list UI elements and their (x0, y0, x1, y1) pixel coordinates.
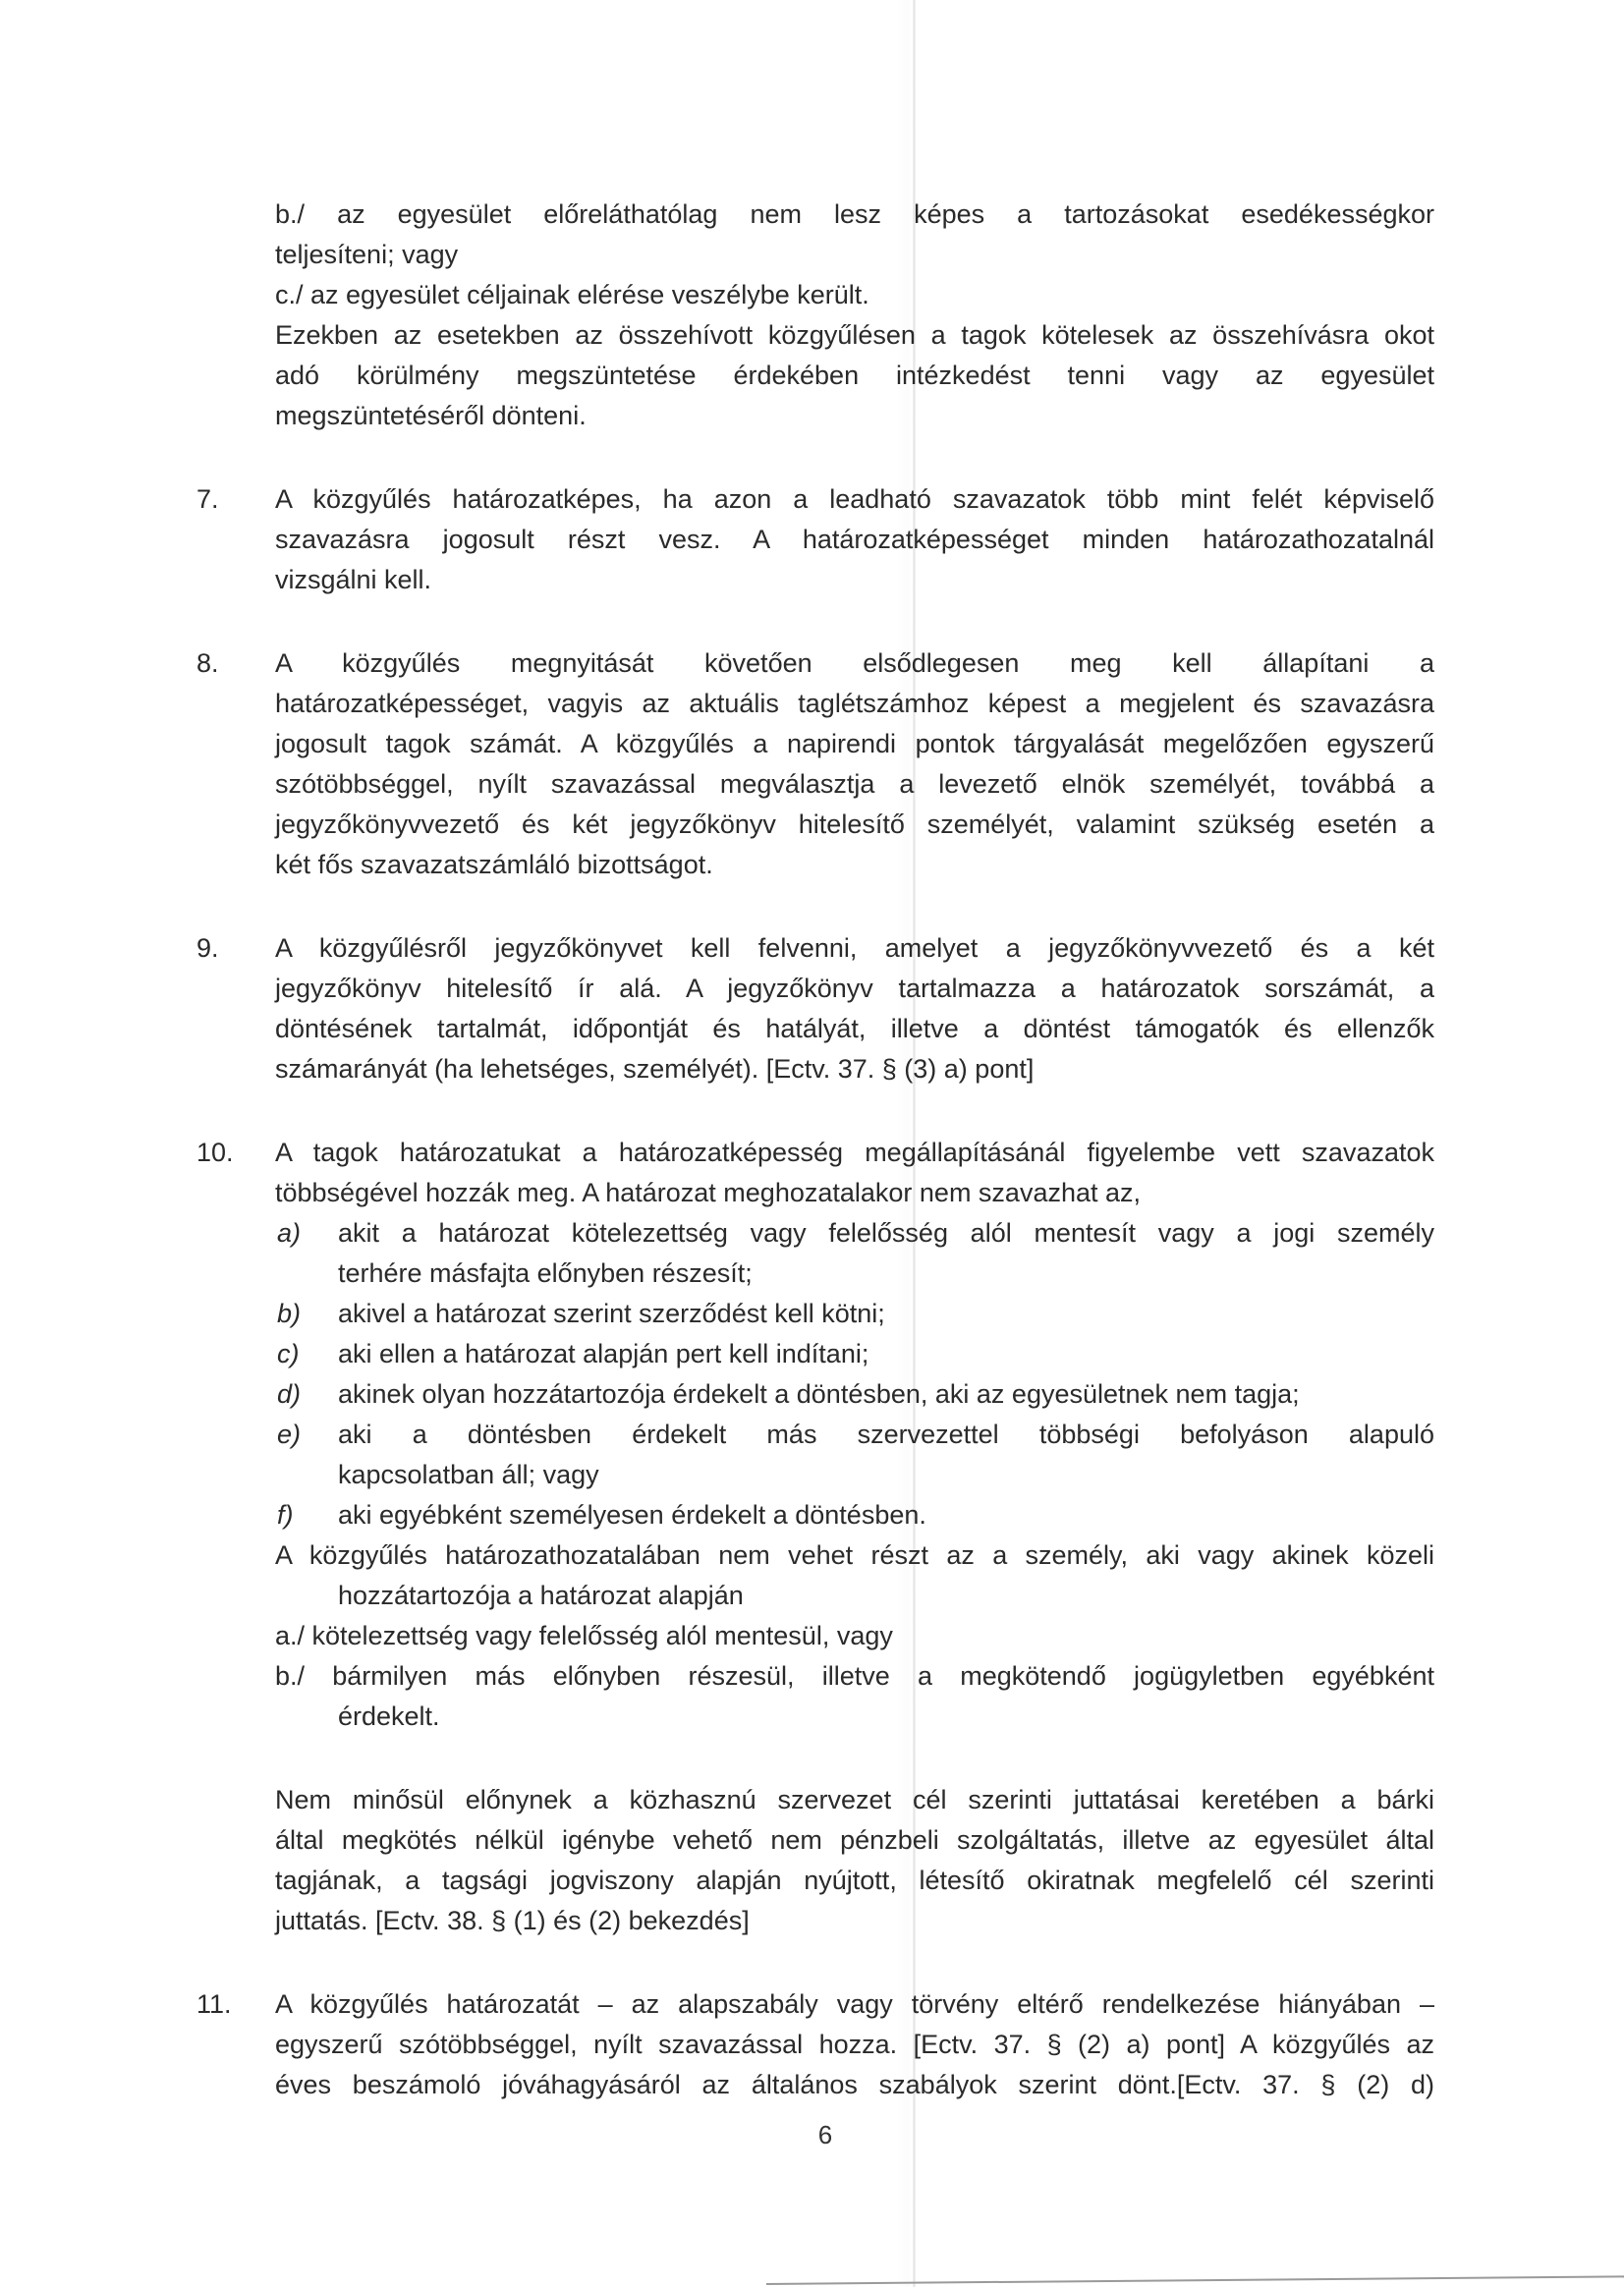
text-line: A közgyűlés határozathozatalában nem veh… (275, 1535, 1434, 1576)
text-line: megszüntetéséről dönteni. (275, 396, 1434, 436)
section-number: 11. (196, 1984, 232, 2025)
text-line: akinek olyan hozzátartozója érdekelt a d… (338, 1374, 1434, 1415)
text-line: A közgyűlés megnyitását követően elsődle… (275, 643, 1434, 684)
text-line: által megkötés nélkül igénybe vehető nem… (275, 1820, 1434, 1861)
list-item-d: d) akinek olyan hozzátartozója érdekelt … (275, 1374, 1434, 1415)
section-10: 10. A tagok határozatukat a határozatkép… (275, 1133, 1434, 1941)
text-line: aki egyébként személyesen érdekelt a dön… (338, 1495, 1434, 1535)
list-item-e: e) aki a döntésben érdekelt más szerveze… (275, 1415, 1434, 1495)
text-line: A közgyűlésről jegyzőkönyvet kell felven… (275, 928, 1434, 969)
text-line: hozzátartozója a határozat alapján (275, 1576, 1434, 1616)
list-item-f: f) aki egyébként személyesen érdekelt a … (275, 1495, 1434, 1535)
text-line: aki ellen a határozat alapján pert kell … (338, 1334, 1434, 1374)
text-line: érdekelt. (275, 1697, 1434, 1737)
section-11: 11. A közgyűlés határozatát – az alapsza… (275, 1984, 1434, 2105)
list-item-a: a) akit a határozat kötelezettség vagy f… (275, 1213, 1434, 1294)
text-line: terhére másfajta előnyben részesít; (338, 1254, 1434, 1294)
text-line: akivel a határozat szerint szerződést ke… (338, 1294, 1434, 1334)
list-item-b: b) akivel a határozat szerint szerződést… (275, 1294, 1434, 1334)
text-line: többségével hozzák meg. A határozat megh… (275, 1173, 1434, 1213)
text-line: Nem minősül előnynek a közhasznú szervez… (275, 1780, 1434, 1820)
list-item-label: e) (277, 1415, 301, 1455)
text-line: kapcsolatban áll; vagy (338, 1455, 1434, 1495)
text-line: A közgyűlés határozatát – az alapszabály… (275, 1984, 1434, 2025)
list-item-label: a) (277, 1213, 301, 1254)
section-9: 9. A közgyűlésről jegyzőkönyvet kell fel… (275, 928, 1434, 1089)
text-line: akit a határozat kötelezettség vagy fele… (338, 1213, 1434, 1254)
list-item-label: b) (277, 1294, 301, 1334)
text-line: egyszerű szótöbbséggel, nyílt szavazássa… (275, 2025, 1434, 2065)
section-number: 7. (196, 479, 219, 520)
text-line: a./ kötelezettség vagy felelősség alól m… (275, 1616, 1434, 1656)
text-line: adó körülmény megszüntetése érdekében in… (275, 356, 1434, 396)
text-line: juttatás. [Ectv. 38. § (1) és (2) bekezd… (275, 1901, 1434, 1941)
text-line: aki a döntésben érdekelt más szervezette… (338, 1415, 1434, 1455)
page-bottom-edge (766, 2275, 1624, 2285)
section-number: 9. (196, 928, 219, 969)
text-line: két fős szavazatszámláló bizottságot. (275, 845, 1434, 885)
list-item-label: c) (277, 1334, 300, 1374)
text-line: Ezekben az esetekben az összehívott közg… (275, 315, 1434, 356)
section-8: 8. A közgyűlés megnyitását követően első… (275, 643, 1434, 885)
section-7: 7. A közgyűlés határozatképes, ha azon a… (275, 479, 1434, 600)
list-item-label: d) (277, 1374, 301, 1415)
text-line: számarányát (ha lehetséges, személyét). … (275, 1049, 1434, 1089)
text-line: c./ az egyesület céljainak elérése veszé… (275, 275, 1434, 315)
intro-paragraph: b./ az egyesület előreláthatólag nem les… (275, 195, 1434, 436)
section-number: 8. (196, 643, 219, 684)
text-line: A tagok határozatukat a határozatképessé… (275, 1133, 1434, 1173)
text-line: jegyzőkönyv hitelesítő ír alá. A jegyzők… (275, 969, 1434, 1009)
page-number: 6 (806, 2120, 845, 2150)
list-item-c: c) aki ellen a határozat alapján pert ke… (275, 1334, 1434, 1374)
list-item-label: f) (277, 1495, 294, 1535)
document-body: b./ az egyesület előreláthatólag nem les… (275, 195, 1434, 2105)
text-line: határozatképességet, vagyis az aktuális … (275, 684, 1434, 724)
text-line: A közgyűlés határozatképes, ha azon a le… (275, 479, 1434, 520)
text-line: b./ az egyesület előreláthatólag nem les… (275, 195, 1434, 235)
document-page: b./ az egyesület előreláthatólag nem les… (0, 0, 1624, 2287)
text-line: éves beszámoló jóváhagyásáról az általán… (275, 2065, 1434, 2105)
text-line: szavazásra jogosult részt vesz. A határo… (275, 520, 1434, 560)
text-line: b./ bármilyen más előnyben részesül, ill… (275, 1656, 1434, 1697)
text-line: szótöbbséggel, nyílt szavazással megvála… (275, 764, 1434, 805)
section-number: 10. (196, 1133, 234, 1173)
note-paragraph: Nem minősül előnynek a közhasznú szervez… (275, 1780, 1434, 1941)
text-line: tagjának, a tagsági jogviszony alapján n… (275, 1861, 1434, 1901)
exclusion-paragraph: A közgyűlés határozathozatalában nem veh… (275, 1535, 1434, 1737)
text-line: jogosult tagok számát. A közgyűlés a nap… (275, 724, 1434, 764)
text-line: teljesíteni; vagy (275, 235, 1434, 275)
text-line: vizsgálni kell. (275, 560, 1434, 600)
text-line: döntésének tartalmát, időpontját és hatá… (275, 1009, 1434, 1049)
text-line: jegyzőkönyvvezető és két jegyzőkönyv hit… (275, 805, 1434, 845)
